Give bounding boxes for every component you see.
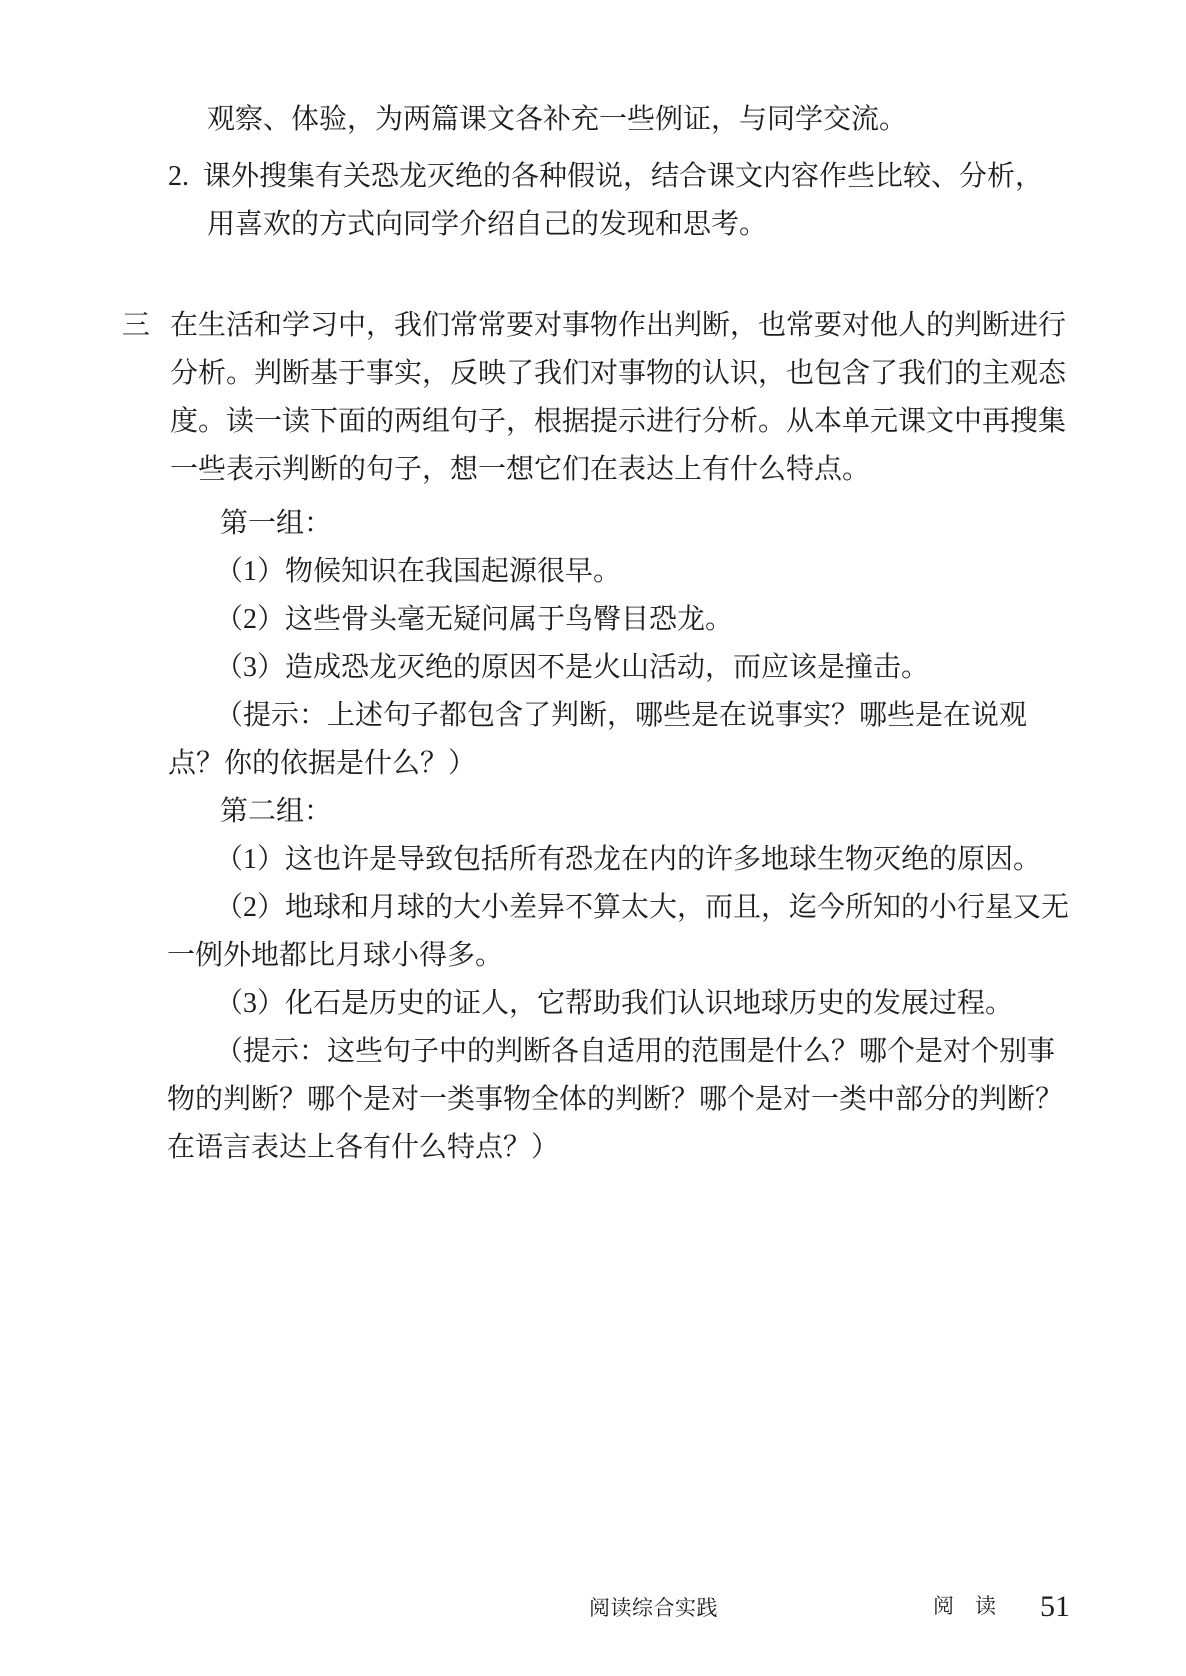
- exercise3-intro-line-2: 分析。判断基于事实，反映了我们对事物的认识，也包含了我们的主观态: [170, 350, 1186, 398]
- item2-text-line-2: 用喜欢的方式向同学介绍自己的发现和思考。: [207, 201, 1186, 249]
- item1-continuation-line: 观察、体验，为两篇课文各补充一些例证，与同学交流。: [207, 96, 1186, 144]
- item2-number: 2.: [168, 153, 203, 201]
- group2-sentence-1: （1）这也许是导致包括所有恐龙在内的许多地球生物灭绝的原因。: [215, 836, 1186, 884]
- group2-sentence-2-line-2: 一例外地都比月球小得多。: [167, 932, 1186, 980]
- group2-heading: 第二组：: [220, 788, 1186, 836]
- group2-sentence-2-line-1: （2）地球和月球的大小差异不算太大，而且，迄今所知的小行星又无: [215, 884, 1186, 932]
- group1-hint-line-2: 点？你的依据是什么？）: [168, 740, 1186, 788]
- exercise3-intro-line-4: 一些表示判断的句子，想一想它们在表达上有什么特点。: [170, 446, 1186, 494]
- group2-hint-line-1: （提示：这些句子中的判断各自适用的范围是什么？哪个是对个别事: [215, 1028, 1186, 1076]
- item2-line-1: 2. 课外搜集有关恐龙灭绝的各种假说，结合课文内容作些比较、分析，: [168, 153, 1186, 201]
- group2-hint-line-2: 物的判断？哪个是对一类事物全体的判断？哪个是对一类中部分的判断？: [167, 1076, 1186, 1124]
- group1-sentence-1: （1）物候知识在我国起源很早。: [215, 548, 1186, 596]
- exercise3-intro-line-1: 三 在生活和学习中，我们常常要对事物作出判断，也常要对他人的判断进行: [122, 302, 1186, 350]
- footer-part-label: 阅 读: [933, 1596, 996, 1617]
- group2-sentence-3: （3）化石是历史的证人，它帮助我们认识地球历史的发展过程。: [215, 980, 1186, 1028]
- group1-heading: 第一组：: [220, 500, 1186, 548]
- item2-text-line-1: 课外搜集有关恐龙灭绝的各种假说，结合课文内容作些比较、分析，: [203, 153, 1043, 201]
- group1-sentence-3: （3）造成恐龙灭绝的原因不是火山活动，而应该是撞击。: [215, 644, 1186, 692]
- exercise3-intro-line-3: 度。读一读下面的两组句子，根据提示进行分析。从本单元课文中再搜集: [170, 398, 1186, 446]
- group1-hint-line-1: （提示：上述句子都包含了判断，哪些是在说事实？哪些是在说观: [215, 692, 1186, 740]
- footer-page-number: 51: [1040, 1592, 1070, 1622]
- group1-sentence-2: （2）这些骨头毫无疑问属于鸟臀目恐龙。: [215, 596, 1186, 644]
- exercise3-marker: 三: [122, 302, 170, 350]
- exercise3-intro-text-1: 在生活和学习中，我们常常要对事物作出判断，也常要对他人的判断进行: [170, 302, 1066, 350]
- textbook-page: 观察、体验，为两篇课文各补充一些例证，与同学交流。 2. 课外搜集有关恐龙灭绝的…: [0, 0, 1186, 1676]
- group2-hint-line-3: 在语言表达上各有什么特点？）: [167, 1124, 1186, 1172]
- footer-section-title: 阅读综合实践: [589, 1598, 718, 1619]
